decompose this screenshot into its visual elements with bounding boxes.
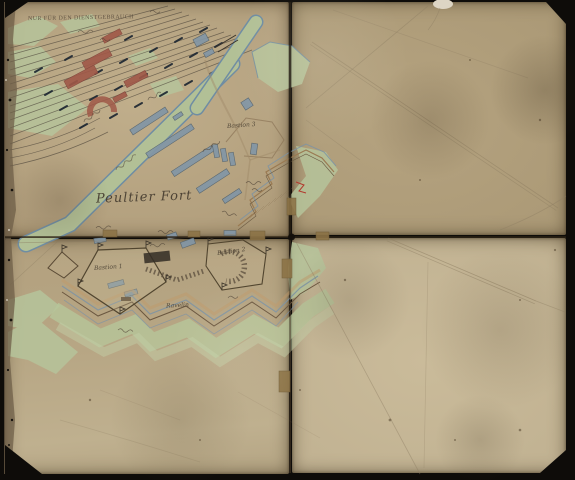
fold-horizontal — [5, 236, 566, 238]
label-ravelin: Ravelin — [166, 301, 189, 309]
tear-crack — [428, 8, 440, 30]
paper-tear — [433, 0, 453, 9]
roundhouse — [90, 99, 114, 116]
outwork-fleche — [48, 252, 78, 278]
map-artwork — [0, 0, 575, 480]
map-canvas[interactable]: Nur für den Dienstgebrauch Peultier Fort… — [0, 0, 575, 480]
pencil-roads-top-right — [306, 6, 566, 230]
small-structure — [121, 297, 131, 301]
center-fold-knot — [288, 234, 295, 241]
pencil-roads-bottom-right — [296, 238, 565, 474]
